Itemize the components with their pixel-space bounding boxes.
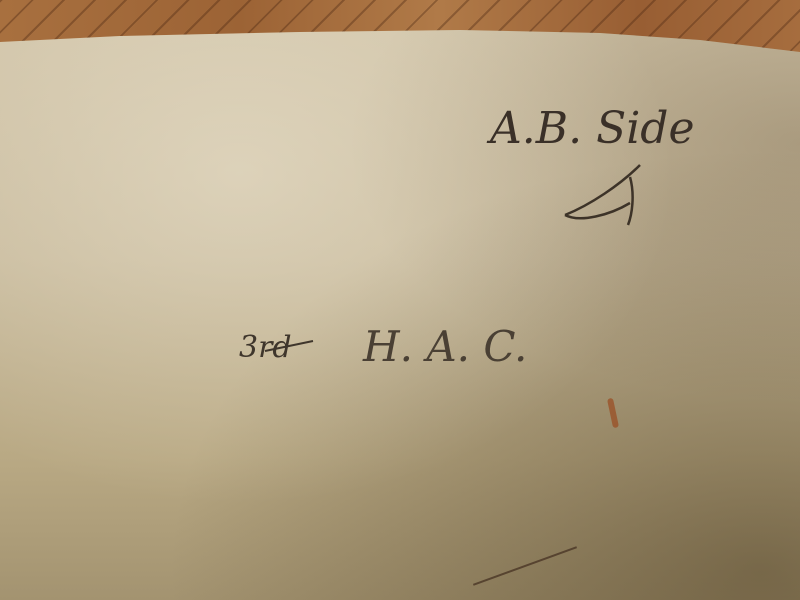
unit-name: H. A. C.: [362, 322, 527, 371]
signature: A.B. Side: [480, 85, 720, 235]
signature-flourish: [565, 165, 640, 225]
unit-inscription: 3rd H. A. C.: [235, 295, 595, 385]
signature-text: A.B. Side: [486, 103, 695, 154]
